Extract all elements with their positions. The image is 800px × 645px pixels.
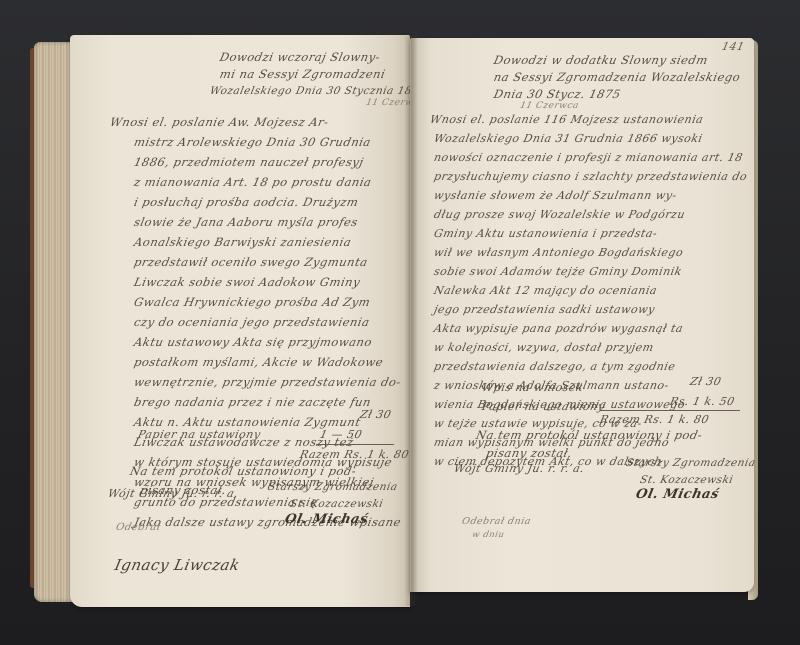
- right-body-line: Wozalelskiego Dnia 31 Grudnia 1866 wysok…: [432, 129, 705, 149]
- right-amount-1-label: Wpis na wniosek: [480, 378, 585, 398]
- right-body-line: Akta wypisuje pana pozdrów wygasnął ta: [432, 319, 685, 339]
- right-amount-2-value: Rs. 1 k. 50: [668, 392, 737, 412]
- left-body-line: Aktu ustawowy Akta się przyjmowano: [132, 333, 374, 353]
- right-amount-1-value: Zł 30: [688, 372, 723, 392]
- left-heading-line-2: mi na Sessyi Zgromadzeni: [218, 66, 387, 82]
- left-amount-2-value: 1 — 50: [318, 425, 364, 445]
- right-body-line: dług prosze swoj Wozalelskie w Podgórzu: [432, 205, 687, 225]
- left-amount-1: Zł 30: [358, 405, 393, 425]
- left-body-line: wewnętrznie, przyjmie przedstawienia do-: [132, 373, 403, 393]
- left-body-line: mistrz Arolewskiego Dnia 30 Grudnia: [132, 133, 373, 153]
- page-number: 141: [721, 40, 746, 53]
- left-heading-line-1: Dowodzi wczoraj Slowny-: [218, 49, 382, 65]
- right-body-line: wysłanie słowem że Adolf Szulmann wy-: [432, 186, 679, 206]
- left-signature: Ol. Michaś: [283, 512, 369, 527]
- right-body-line: wił we własnym Antoniego Bogdańskiego: [432, 243, 685, 263]
- left-body-line: czy do oceniania jego przedstawienia: [132, 313, 372, 333]
- right-body-line: sobie swoi Adamów tejże Gminy Dominik: [432, 262, 684, 282]
- right-body-line: w kolejności, wzywa, dostał przyjem: [432, 338, 656, 358]
- right-closing-line-1: Na tem protokól ustanowiony i pod-: [474, 426, 704, 446]
- right-footer-wojt: Wójt Gminy Ju. r. r. a.: [452, 459, 586, 479]
- left-body-line: Liwczak sobie swoi Aadokow Gminy: [132, 273, 362, 293]
- right-body-line: Gminy Aktu ustanowienia i przedsta-: [432, 224, 659, 244]
- left-receipt-note: Odebrał: [114, 518, 163, 538]
- right-receipt-note-2: w dniu: [470, 526, 506, 546]
- left-body-line: Wnosi el. poslanie Aw. Mojzesz Ar-: [108, 113, 331, 133]
- left-body-line: Gwalca Hrywnickiego prośba Ad Zym: [132, 293, 372, 313]
- left-body-line: Aonalskiego Barwiyski zaniesienia: [132, 233, 353, 253]
- right-body-line: nowości oznaczenie i profesji z mianowan…: [432, 148, 745, 168]
- right-body-line: jego przedstawienia sadki ustawowy: [432, 300, 657, 320]
- open-register-book: Dowodzi wczoraj Slowny- mi na Sessyi Zgr…: [0, 0, 800, 645]
- left-amount-2-label: Papier na ustawiony: [136, 425, 263, 445]
- recipient-signature: Ignacy Liwczak: [113, 556, 242, 574]
- left-footer-wojt: Wójt Gminy Ju. r. r. a.: [106, 484, 240, 504]
- right-heading-line-2: na Sessyi Zgromadzenia Wozalelskiego: [492, 69, 742, 85]
- left-body-line: slowie że Jana Aaboru myśla profes: [132, 213, 360, 233]
- right-body-line: przedstawienia dalszego, a tym zgodnie: [432, 357, 678, 377]
- left-body-line: brego nadania przez i nie zaczęte fun: [132, 393, 373, 413]
- right-body-line: Wnosi el. poslanie 116 Mojzesz ustanowie…: [428, 110, 705, 130]
- left-body-line: przedstawił oceniło swego Zygmunta: [132, 253, 370, 273]
- left-body-line: z mianowania Art. 18 po prostu dania: [132, 173, 373, 193]
- right-body-line: Nalewka Akt 12 mający do oceniania: [432, 281, 659, 301]
- right-body-line: przysłuchujemy ciasno i szlachty przedst…: [432, 167, 749, 187]
- right-page: 141 Dowodzi w dodatku Slowny siedm na Se…: [410, 38, 754, 592]
- right-heading-line-1: Dowodzi w dodatku Slowny siedm: [492, 52, 709, 68]
- book-gutter: [404, 36, 418, 606]
- right-signature: Ol. Michaś: [634, 487, 720, 502]
- left-body-line: 1886, przedmiotem nauczeł profesyj: [132, 153, 366, 173]
- left-body-line: postałkom myślami, Akcie w Wadokowe: [132, 353, 385, 373]
- right-amount-2-label: Papier na ustawiony: [480, 397, 607, 417]
- left-body-line: i posłuchaj prośba aodcia. Drużyzm: [132, 193, 360, 213]
